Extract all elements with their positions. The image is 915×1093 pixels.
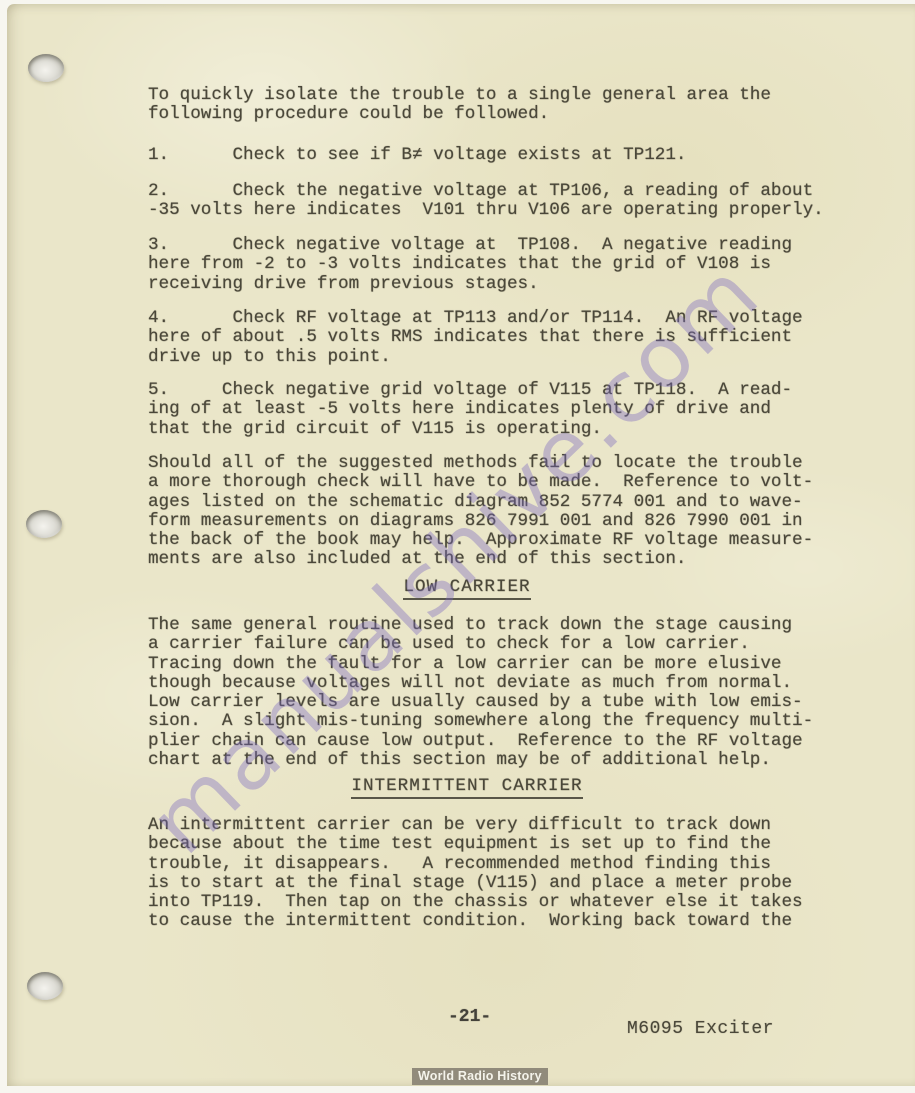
intermittent-carrier-paragraph: An intermittent carrier can be very diff… — [148, 816, 803, 932]
reference-paragraph: Should all of the suggested methods fail… — [148, 454, 813, 570]
section-heading-intermittent-carrier: INTERMITTENT CARRIER — [126, 777, 808, 796]
step-5: 5. Check negative grid voltage of V115 a… — [148, 381, 792, 439]
intro-paragraph: To quickly isolate the trouble to a sing… — [148, 86, 771, 125]
step-4: 4. Check RF voltage at TP113 and/or TP11… — [148, 309, 803, 367]
punch-hole-bottom — [27, 972, 63, 1000]
scanned-page: To quickly isolate the trouble to a sing… — [0, 0, 915, 1093]
step-1: 1. Check to see if B≠ voltage exists at … — [148, 146, 686, 165]
step-2: 2. Check the negative voltage at TP106, … — [148, 182, 824, 221]
step-3: 3. Check negative voltage at TP108. A ne… — [148, 236, 792, 294]
section-heading-low-carrier: LOW CARRIER — [126, 578, 808, 597]
world-radio-history-badge: World Radio History — [412, 1068, 548, 1085]
document-reference: M6095 Exciter — [627, 1019, 774, 1039]
punch-hole-middle — [26, 510, 62, 538]
heading-underlined-text: LOW CARRIER — [403, 577, 530, 600]
heading-underlined-text: INTERMITTENT CARRIER — [351, 776, 582, 799]
punch-hole-top — [28, 54, 64, 82]
page-number: -21- — [448, 1007, 491, 1027]
low-carrier-paragraph: The same general routine used to track d… — [148, 616, 813, 770]
